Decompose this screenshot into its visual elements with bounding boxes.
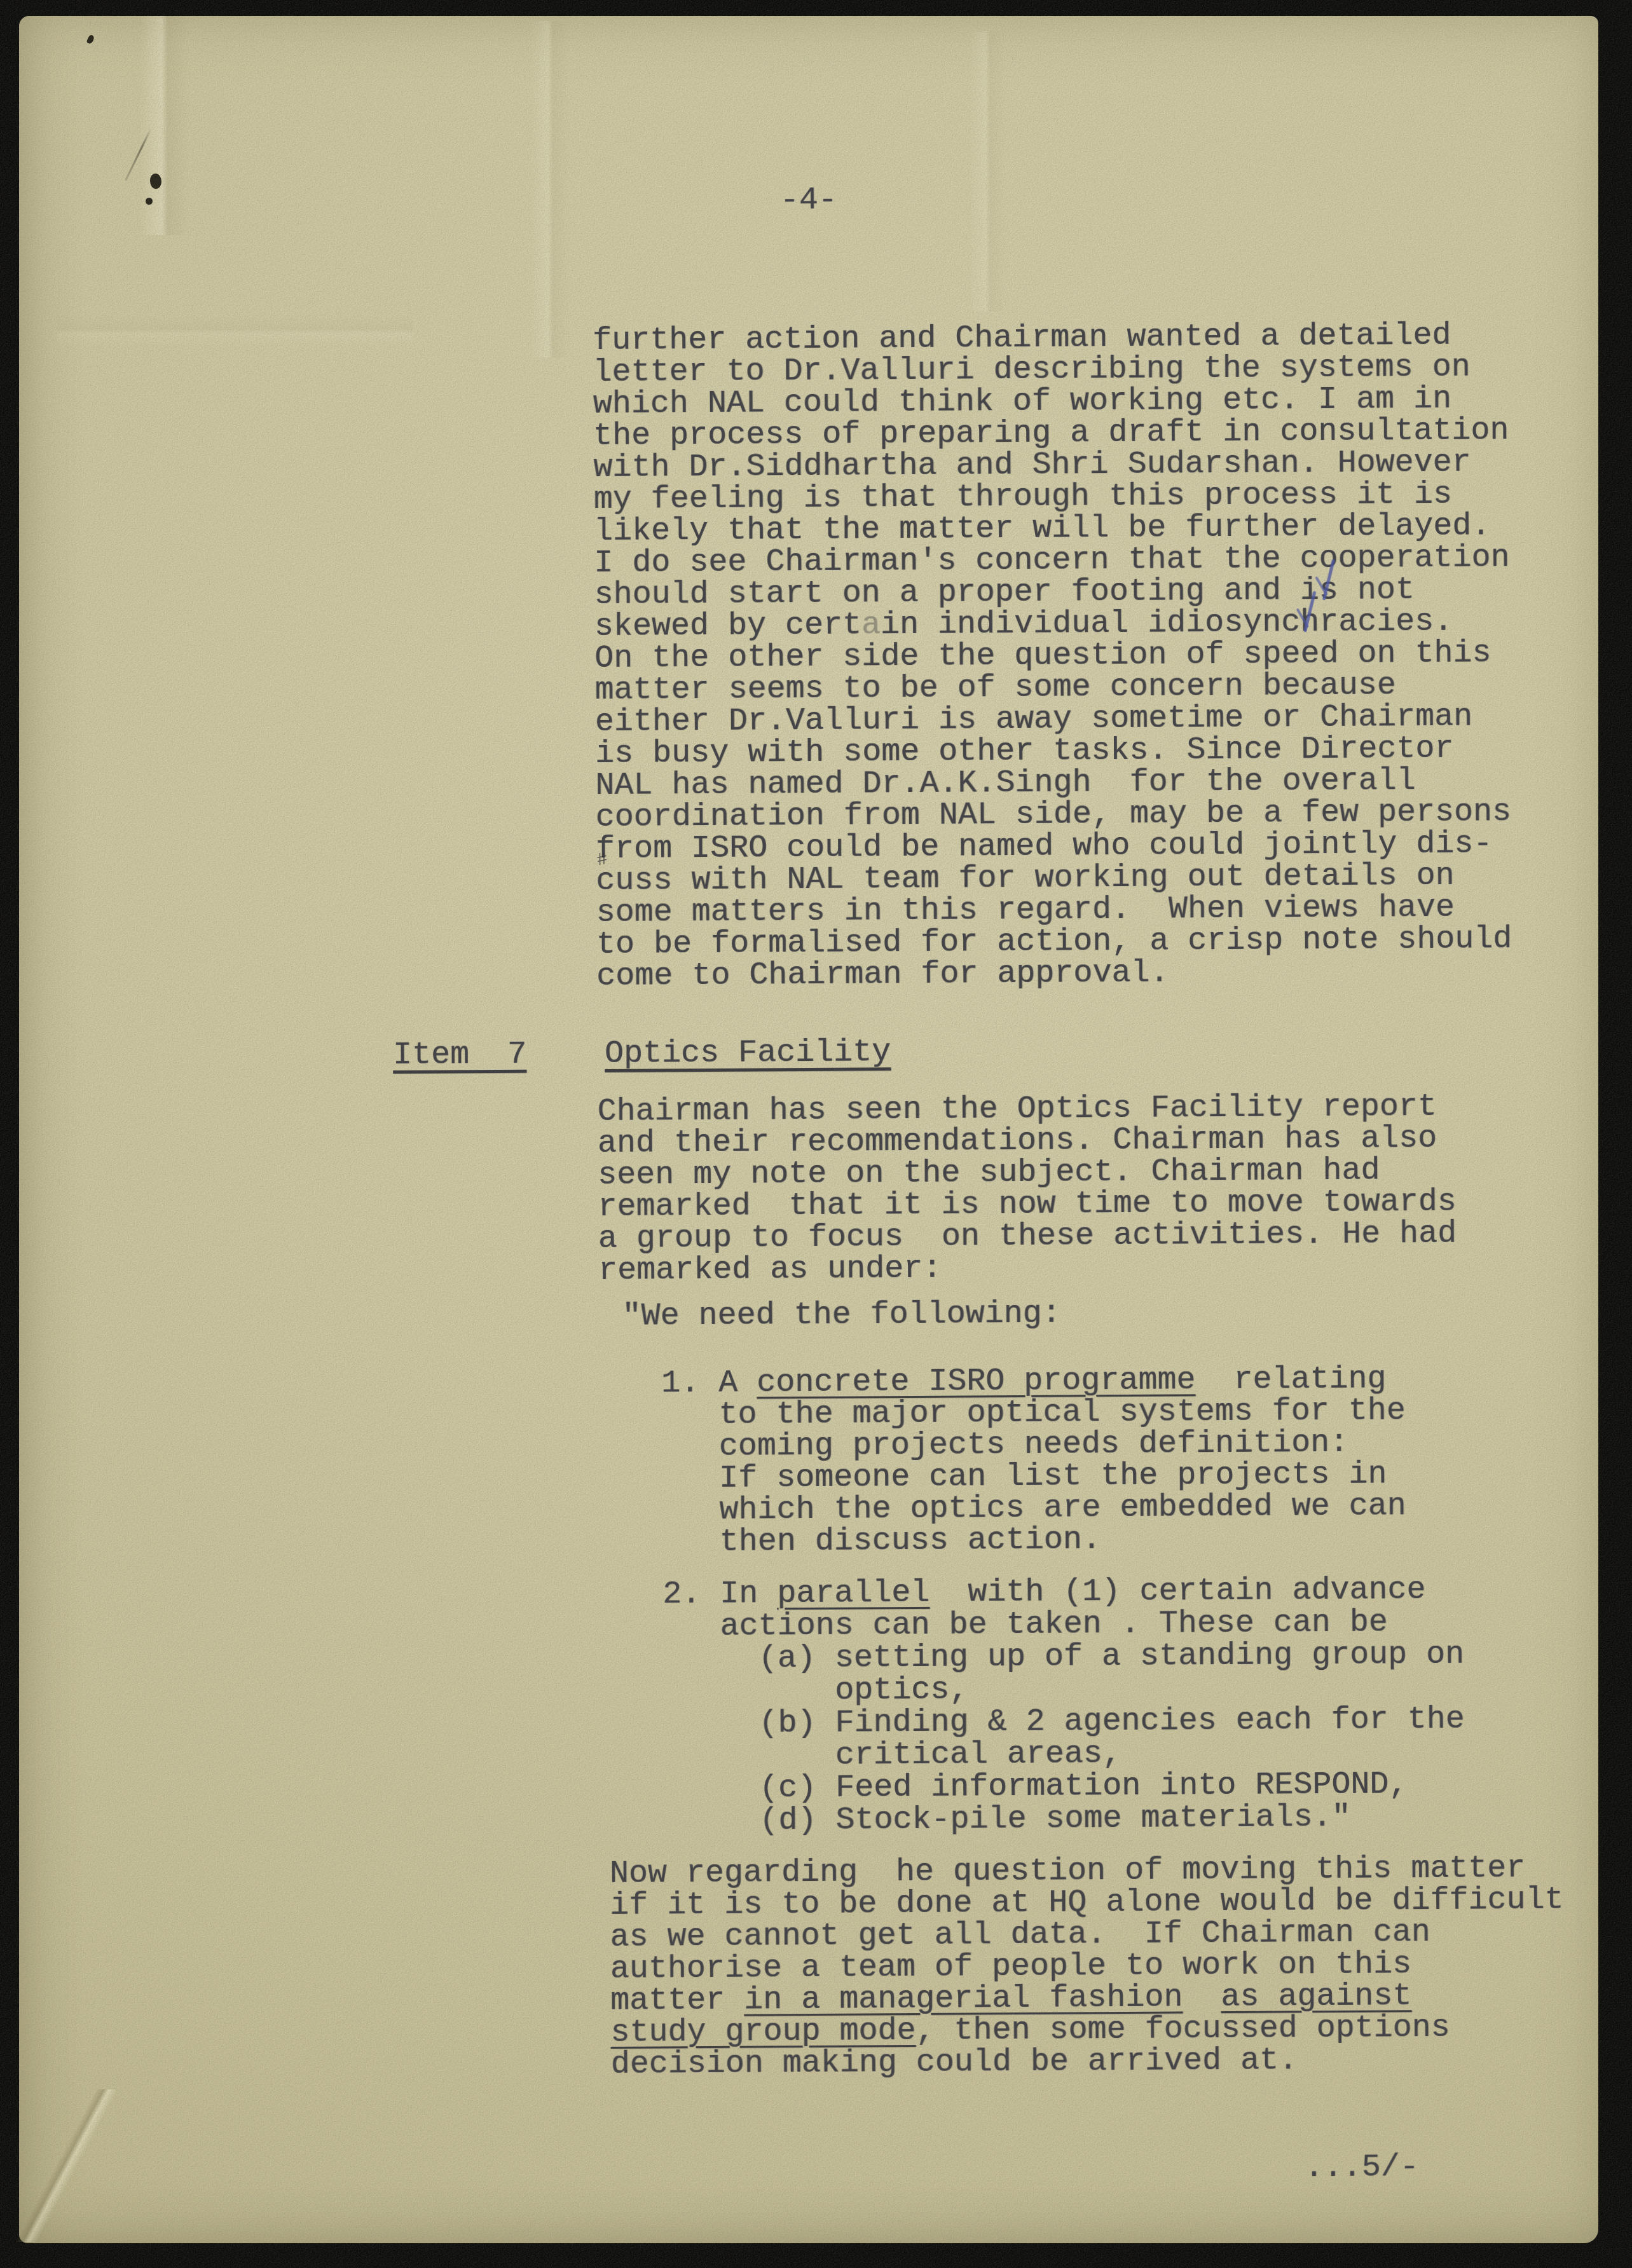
page-number: -4- <box>780 185 837 217</box>
text-line: Item 7Optics Facility <box>393 1039 526 1072</box>
text-line: "We need the following: <box>622 1299 1060 1333</box>
text-line: (b) Finding & 2 agencies each for the <box>663 1704 1465 1741</box>
paragraph-continuation: further action and Chairman wanted a det… <box>593 320 1512 993</box>
text-segment: 2. In <box>662 1576 777 1613</box>
text-line: (a) setting up of a standing group on <box>663 1639 1465 1676</box>
quote-list-item-2: 2. In parallel with (1) certain advance … <box>662 1574 1465 1838</box>
text-line: which the optics are embedded we can <box>662 1491 1406 1527</box>
item-7-heading: Item 7Optics Facility <box>393 1039 526 1072</box>
text-line: come to Chairman for approval. <box>596 955 1512 993</box>
pen-correction-mark: c <box>596 866 615 898</box>
text-line: (d) Stock-pile some materials." <box>664 1801 1465 1838</box>
scanned-document-page: -4- further action and Chairman wanted a… <box>19 16 1598 2243</box>
underlined-text: Optics Facility <box>605 1037 891 1070</box>
text-line: a group to focus on these activities. He… <box>598 1219 1457 1255</box>
underlined-text: Item 7 <box>393 1037 526 1074</box>
paragraph-optics-intro: Chairman has seen the Optics Facility re… <box>597 1091 1457 1287</box>
quote-list-item-1: 1. A concrete ISRO programme relating to… <box>661 1363 1406 1559</box>
text-line: remarked as under: <box>598 1250 1457 1287</box>
text-segment <box>1183 1979 1221 2016</box>
underlined-text: parallel <box>777 1575 929 1612</box>
continuation-mark: ...5/- <box>1305 2152 1419 2184</box>
pen-correction-mark: s <box>1319 575 1338 607</box>
quote-intro-line: "We need the following: <box>622 1299 1060 1333</box>
text-line: then discuss action. <box>662 1522 1406 1559</box>
text-segment: not <box>1338 572 1415 609</box>
text-line: decision making could be arrived at. <box>611 2044 1565 2081</box>
text-segment: a <box>861 607 881 643</box>
paragraph-closing: Now regarding he question of moving this… <box>610 1853 1565 2081</box>
scan-background: { "page": { "background_color": "#0a0a0a… <box>0 0 1632 2268</box>
typewritten-content: -4- further action and Chairman wanted a… <box>13 11 1606 2248</box>
pen-correction-mark: h <box>1300 607 1319 639</box>
